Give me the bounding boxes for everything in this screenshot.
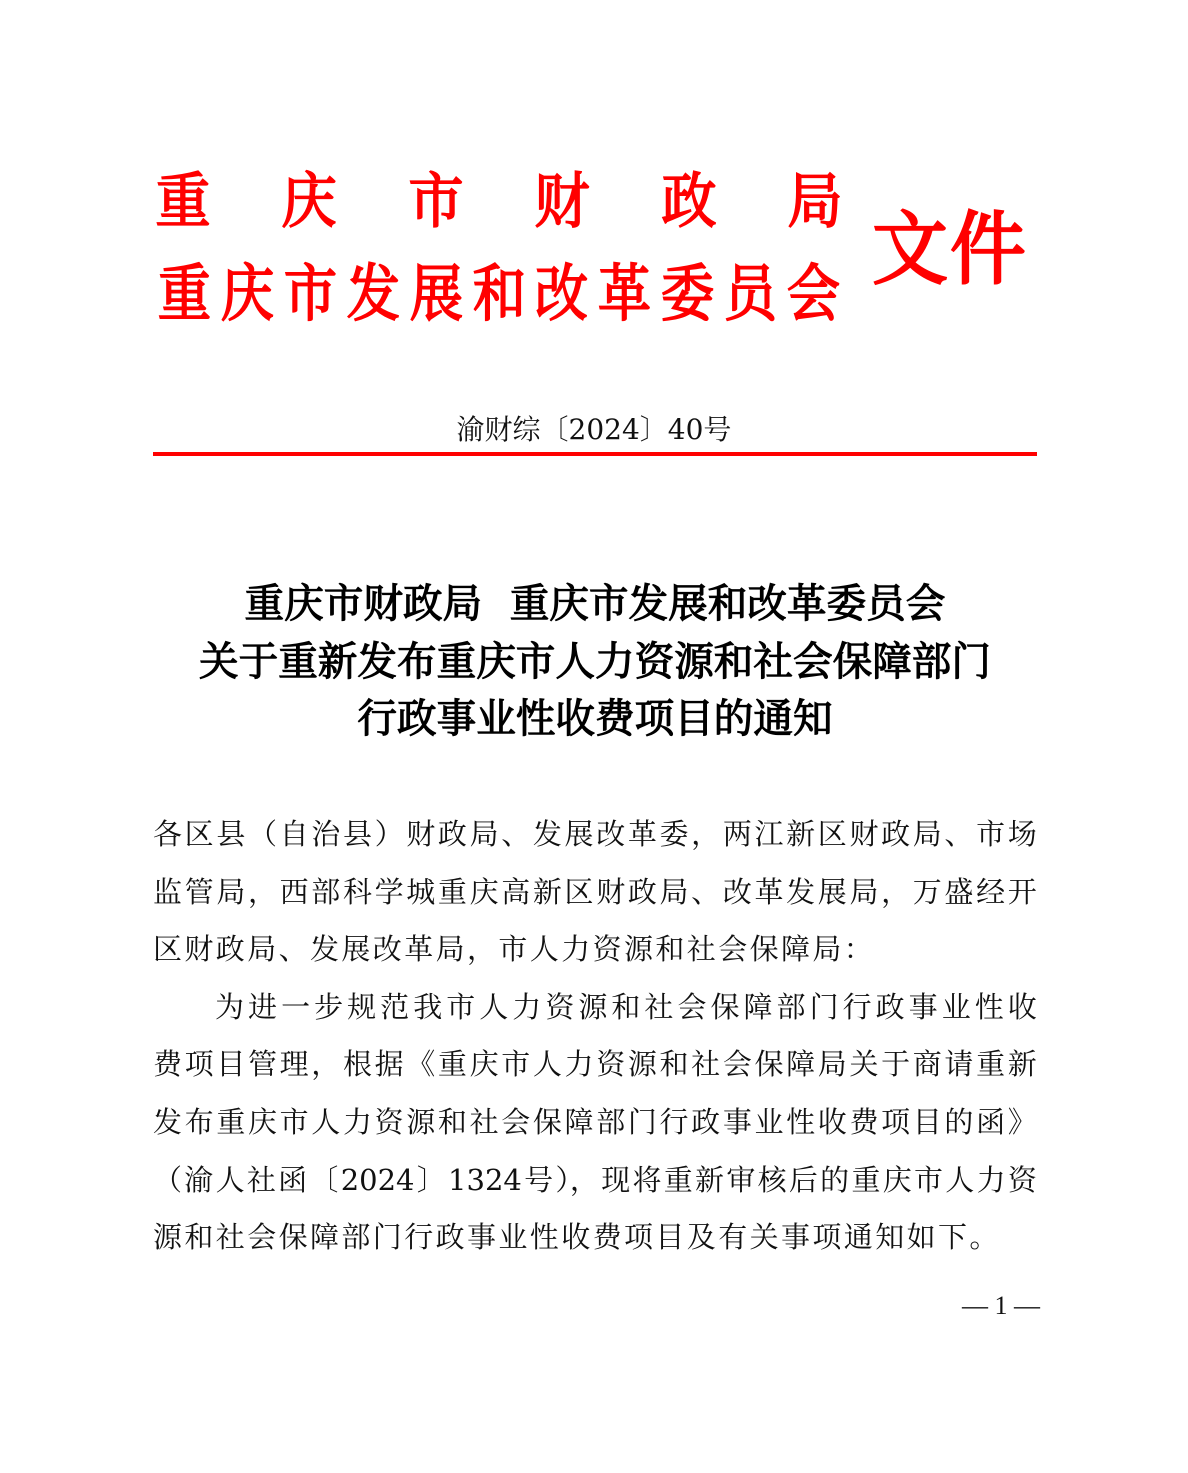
body-glyph: 重: [216, 1094, 245, 1152]
document-title: 重庆市财政局 重庆市发展和改革委员会 关于重新发布重庆市人力资源和社会保障部门 …: [150, 575, 1040, 748]
body-glyph: 一: [281, 979, 310, 1037]
body-glyph: 经: [976, 864, 1005, 922]
body-glyph: ，: [881, 864, 910, 922]
body-glyph: 商: [913, 1036, 942, 1094]
body-glyph: 会: [501, 1094, 530, 1152]
body-glyph: 城: [406, 864, 435, 922]
body-glyph: 号: [524, 1152, 553, 1210]
body-glyph: 门: [628, 1094, 657, 1152]
body-glyph: 、: [944, 806, 973, 864]
title-line: 重庆市财政局 重庆市发展和改革委员会: [150, 575, 1040, 633]
body-glyph: 性: [786, 1094, 815, 1152]
body-glyph: 障: [565, 1094, 594, 1152]
body-glyph: 市: [501, 1036, 530, 1094]
body-glyph: 发: [533, 806, 562, 864]
body-glyph: 函: [976, 1094, 1005, 1152]
body-glyph: 庆: [470, 1036, 499, 1094]
body-glyph: 力: [565, 1036, 594, 1094]
body-glyph: 会: [677, 979, 706, 1037]
body-glyph: 治: [311, 806, 340, 864]
body-glyph: 学: [375, 864, 404, 922]
body-glyph: 局: [660, 864, 689, 922]
body-glyph: 管: [248, 1036, 277, 1094]
letterhead-char: 局: [787, 172, 842, 238]
body-glyph: 社: [691, 1036, 720, 1094]
body-glyph: 审: [726, 1152, 755, 1210]
body-glyph: 布: [185, 1094, 214, 1152]
body-glyph: 管: [185, 864, 214, 922]
body-glyph: 〔: [309, 1152, 338, 1210]
letterhead-char: 委: [661, 263, 715, 329]
body-glyph: 行: [660, 1094, 689, 1152]
body-glyph: 局: [470, 806, 499, 864]
body-glyph: 发: [153, 1094, 182, 1152]
body-glyph: 新: [533, 864, 562, 922]
body-glyph: 业: [942, 979, 971, 1037]
body-glyph: 》: [1008, 1094, 1037, 1152]
letterhead-char: 市: [408, 172, 463, 238]
body-glyph: 各: [153, 806, 182, 864]
body-glyph: 政: [881, 806, 910, 864]
letterhead-char: 重: [155, 172, 210, 238]
addressee-line: 各区县（自治县）财政局、发展改革委，两江新区财政局、市场: [153, 806, 1037, 864]
body-glyph: 源: [578, 979, 607, 1037]
body-glyph: 和: [660, 1036, 689, 1094]
body-glyph: 区: [565, 864, 594, 922]
body-glyph: （: [153, 1152, 182, 1210]
body-glyph: 障: [786, 1036, 815, 1094]
body-glyph: 重: [438, 864, 467, 922]
body-glyph: 财: [406, 806, 435, 864]
body-glyph: 保: [710, 979, 739, 1037]
addressee-line: 监管局，西部科学城重庆高新区财政局、改革发展局，万盛经开: [153, 864, 1037, 922]
body-glyph: 新: [695, 1152, 724, 1210]
body-glyph: 重: [438, 1036, 467, 1094]
body-glyph: 革: [754, 864, 783, 922]
body-glyph: 费: [153, 1036, 182, 1094]
body-glyph: 步: [314, 979, 343, 1037]
body-glyph: 行: [843, 979, 872, 1037]
body-glyph: 局: [216, 864, 245, 922]
body-glyph: 部: [777, 979, 806, 1037]
body-glyph: 西: [280, 864, 309, 922]
body-glyph: 改: [723, 864, 752, 922]
body-glyph: 保: [533, 1094, 562, 1152]
document-page: 重 庆 市 财 政 局 重 庆 市 发 展 和 改 革 委 员 会 文件 渝财综…: [0, 0, 1188, 1473]
letterhead-char: 会: [786, 263, 840, 329]
body-glyph: 庆: [470, 864, 499, 922]
body-glyph: 政: [438, 806, 467, 864]
body-glyph: 性: [975, 979, 1004, 1037]
body-glyph: 资: [596, 1036, 625, 1094]
body-glyph: 《: [406, 1036, 435, 1094]
letterhead-char: 和: [472, 263, 526, 329]
body-glyph: 事: [909, 979, 938, 1037]
body-glyph: 资: [1008, 1152, 1037, 1210]
paragraph-line: 费项目管理，根据《重庆市人力资源和社会保障局关于商请重新: [153, 1036, 1037, 1094]
body-glyph: 〕: [417, 1152, 446, 1210]
body-glyph: 政: [628, 864, 657, 922]
body-glyph: 目: [216, 1036, 245, 1094]
body-glyph: 渝: [184, 1152, 213, 1210]
paragraph-line: 发布重庆市人力资源和社会保障部门行政事业性收费项目的函》: [153, 1094, 1037, 1152]
letterhead-char: 庆: [220, 263, 274, 329]
body-glyph: 江: [754, 806, 783, 864]
body-glyph: 门: [810, 979, 839, 1037]
letterhead-suffix: 文件: [872, 206, 1029, 292]
body-glyph: 监: [153, 864, 182, 922]
body-glyph: 的: [944, 1094, 973, 1152]
body-glyph: 现: [601, 1152, 630, 1210]
title-line-text: 行政事业性收费项目的通知: [357, 690, 832, 748]
body-glyph: 核: [758, 1152, 787, 1210]
body-glyph: 、: [501, 806, 530, 864]
title-line: 关于重新发布重庆市人力资源和社会保障部门: [150, 633, 1040, 691]
red-divider-rule: [153, 452, 1037, 456]
body-glyph: 目: [913, 1094, 942, 1152]
body-glyph: 部: [596, 1094, 625, 1152]
body-glyph: 、: [691, 864, 720, 922]
body-glyph: 展: [565, 806, 594, 864]
body-glyph: 盛: [944, 864, 973, 922]
body-glyph: 万: [913, 864, 942, 922]
body-glyph: 进: [248, 979, 277, 1037]
body-glyph: 区: [185, 806, 214, 864]
body-glyph: 展: [818, 864, 847, 922]
document-number: 渝财综〔2024〕40号: [0, 410, 1188, 450]
body-glyph: 委: [660, 806, 689, 864]
body-glyph: 市: [446, 979, 475, 1037]
body-glyph: 庆: [248, 1094, 277, 1152]
body-glyph: 社: [644, 979, 673, 1037]
title-line-text: 重庆市财政局 重庆市发展和改革委员会: [245, 575, 946, 633]
body-glyph: 两: [723, 806, 752, 864]
body-glyph: 市: [280, 1094, 309, 1152]
body-glyph: ，: [311, 1036, 340, 1094]
body-glyph: 2024: [341, 1152, 415, 1210]
body-glyph: 重: [664, 1152, 693, 1210]
page-number: — 1 —: [950, 1290, 1040, 1322]
body-glyph: 根: [343, 1036, 372, 1094]
body-glyph: 社: [247, 1152, 276, 1210]
body-glyph: 请: [944, 1036, 973, 1094]
body-glyph: 和: [611, 979, 640, 1037]
title-line: 行政事业性收费项目的通知: [150, 690, 1040, 748]
body-glyph: 和: [438, 1094, 467, 1152]
body-glyph: 费: [849, 1094, 878, 1152]
body-glyph: 自: [280, 806, 309, 864]
body-glyph: 庆: [883, 1152, 912, 1210]
body-glyph: 事: [723, 1094, 752, 1152]
body-glyph: 科: [343, 864, 372, 922]
letterhead-char: 政: [661, 172, 716, 238]
letterhead-char: 市: [283, 263, 337, 329]
letterhead-char: 员: [724, 263, 778, 329]
body-glyph: 发: [786, 864, 815, 922]
body-glyph: 后: [789, 1152, 818, 1210]
body-glyph: 为: [215, 979, 244, 1037]
body-glyph: 函: [278, 1152, 307, 1210]
title-line-text: 关于重新发布重庆市人力资源和社会保障部门: [199, 633, 991, 691]
body-glyph: 源: [406, 1094, 435, 1152]
body-glyph: 保: [754, 1036, 783, 1094]
body-glyph: 财: [596, 864, 625, 922]
body-glyph: 改: [596, 806, 625, 864]
body-glyph: 力: [512, 979, 541, 1037]
body-glyph: 项: [185, 1036, 214, 1094]
paragraph-line: 源和社会保障部门行政事业性收费项目及有关事项通知如下。: [153, 1209, 1037, 1267]
body-glyph: 会: [723, 1036, 752, 1094]
body-glyph: 新: [786, 806, 815, 864]
body-glyph: 业: [754, 1094, 783, 1152]
body-glyph: 开: [1008, 864, 1037, 922]
body-glyph: 局: [818, 1036, 847, 1094]
body-glyph: 县: [343, 806, 372, 864]
body-glyph: 资: [375, 1094, 404, 1152]
body-glyph: 将: [632, 1152, 661, 1210]
body-glyph: 政: [876, 979, 905, 1037]
body-glyph: ），: [555, 1152, 599, 1210]
body-glyph: 的: [820, 1152, 849, 1210]
body-glyph: 项: [881, 1094, 910, 1152]
letterhead-char: 革: [598, 263, 652, 329]
letterhead-char: 重: [157, 263, 211, 329]
body-glyph: 人: [216, 1152, 245, 1210]
body-glyph: 局: [849, 864, 878, 922]
body-glyph: 规: [347, 979, 376, 1037]
paragraph-line: 为进一步规范我市人力资源和社会保障部门行政事业性收: [153, 979, 1037, 1037]
body-glyph: 范: [380, 979, 409, 1037]
body-glyph: ，: [691, 806, 720, 864]
body-glyph: 县: [216, 806, 245, 864]
body-glyph: 关: [849, 1036, 878, 1094]
body-glyph: 局: [913, 806, 942, 864]
body-glyph: 市: [976, 806, 1005, 864]
body-glyph: ）: [375, 806, 404, 864]
body-glyph: 我: [413, 979, 442, 1037]
body-glyph: 部: [311, 864, 340, 922]
body-glyph: 障: [744, 979, 773, 1037]
body-glyph: ，: [248, 864, 277, 922]
body-glyph: 新: [1008, 1036, 1037, 1094]
body-glyph: 据: [375, 1036, 404, 1094]
body-glyph: 重: [851, 1152, 880, 1210]
letterhead-issuer-development-reform-commission: 重 庆 市 发 展 和 改 革 委 员 会: [153, 263, 845, 329]
body-glyph: 革: [628, 806, 657, 864]
body-glyph: 政: [691, 1094, 720, 1152]
paragraph-line: （渝人社函〔2024〕1324号），现将重新审核后的重庆市人力资: [153, 1152, 1037, 1210]
addressee-line: 区财政局、发展改革局，市人力资源和社会保障局：: [153, 921, 1037, 979]
body-glyph: 源: [628, 1036, 657, 1094]
body-glyph: 于: [881, 1036, 910, 1094]
body-glyph: 场: [1008, 806, 1037, 864]
body-glyph: 收: [1008, 979, 1037, 1037]
body-glyph: 人: [945, 1152, 974, 1210]
body-glyph: 人: [479, 979, 508, 1037]
letterhead-char: 改: [535, 263, 589, 329]
body-glyph: 理: [280, 1036, 309, 1094]
body-glyph: 人: [533, 1036, 562, 1094]
body-glyph: 重: [976, 1036, 1005, 1094]
letterhead-char: 财: [535, 172, 590, 238]
letterhead-char: 庆: [282, 172, 337, 238]
body-glyph: 财: [849, 806, 878, 864]
letterhead-char: 展: [409, 263, 463, 329]
document-body: 各区县（自治县）财政局、发展改革委，两江新区财政局、市场 监管局，西部科学城重庆…: [153, 806, 1037, 1267]
body-glyph: 力: [977, 1152, 1006, 1210]
body-glyph: 高: [501, 864, 530, 922]
body-glyph: 1324: [448, 1152, 522, 1210]
letterhead-char: 发: [346, 263, 400, 329]
body-glyph: 市: [914, 1152, 943, 1210]
body-glyph: （: [248, 806, 277, 864]
body-glyph: 收: [818, 1094, 847, 1152]
body-glyph: 社: [470, 1094, 499, 1152]
letterhead-issuer-finance-bureau: 重 庆 市 财 政 局: [153, 172, 845, 238]
body-glyph: 资: [545, 979, 574, 1037]
body-glyph: 人: [311, 1094, 340, 1152]
body-glyph: 区: [818, 806, 847, 864]
body-glyph: 力: [343, 1094, 372, 1152]
